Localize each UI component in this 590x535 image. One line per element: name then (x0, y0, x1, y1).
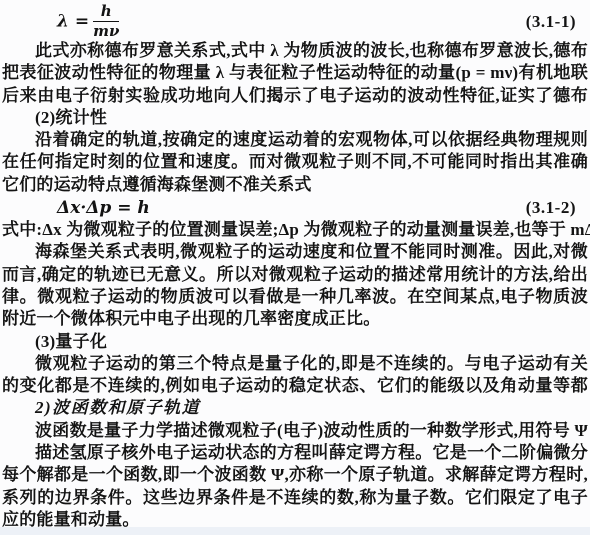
paragraph-line: 式中:Δx 为微观粒子的位置测量误差;Δp 为微观粒子的动量测量误差,也等于 m… (2, 219, 590, 241)
paragraph-line: 后来由电子衍射实验成功地向人们揭示了电子运动的波动性特征,证实了德布罗意的预言。 (2, 85, 590, 107)
page-bottom-edge (0, 527, 590, 535)
paragraph-line: 的变化都是不连续的,例如电子运动的稳定状态、它们的能级以及角动量等都是量子化的。 (2, 375, 590, 397)
paragraph-line: 把表征波动性特征的物理量 λ 与表征粒子性运动特征的动量(p = mν)有机地联… (2, 62, 590, 84)
textbook-page: λ =hmν (3.1-1) 此式亦称德布罗意关系式,式中 λ 为物质波的波长,… (0, 0, 590, 535)
paragraph-line: 每个解都是一个函数,即一个波函数 Ψ,亦称一个原子轨道。求解薛定谔方程时,必须引… (2, 464, 590, 486)
paragraph-line: 微观粒子运动的第三个特点是量子化的,即是不连续的。与电子运动有关的各项物理量 (2, 353, 590, 375)
paragraph-line: 在任何指定时刻的位置和速度。而对微观粒子则不同,不可能同时指出其准确的位置与速率… (2, 151, 590, 173)
section-heading-quantization: (3)量子化 (2, 331, 590, 353)
equation-de-broglie: λ =hmν (3.1-1) (2, 3, 590, 40)
equation-lhs: λ = (57, 11, 89, 31)
paragraph-line: 描述氢原子核外电子运动状态的方程叫薛定谔方程。它是一个二阶偏微分方程,方程的 (2, 442, 590, 464)
paragraph-line: 此式亦称德布罗意关系式,式中 λ 为物质波的波长,也称德布罗意波长,德布罗意关系… (2, 40, 590, 62)
fraction-denominator: mν (93, 22, 119, 40)
paragraph-line: 而言,确定的轨迹已无意义。所以对微观粒子运动的描述常用统计的方法,给出一种统计的… (2, 264, 590, 286)
paragraph-line: 律。微观粒子运动的物质波可以看做是一种几率波。在空间某点,电子物质波的强度与该点 (2, 286, 590, 308)
equation-number-1: (3.1-1) (526, 12, 576, 32)
paragraph-line: 系列的边界条件。这些边界条件是不连续的数,称为量子数。它们限定了电子运动状态和对 (2, 487, 590, 509)
section-heading-wavefunction: 2)波函数和原子轨道 (2, 397, 590, 419)
fraction-numerator: h (93, 3, 119, 22)
equation-fraction: hmν (93, 3, 119, 41)
paragraph-line: 沿着确定的轨道,按确定的速度运动着的宏观物体,可以依据经典物理规则准确地确定其 (2, 129, 590, 151)
paragraph-line: 波函数是量子力学描述微观粒子(电子)波动性质的一种数学形式,用符号 Ψ 表示。 (2, 420, 590, 442)
page-content: λ =hmν (3.1-1) 此式亦称德布罗意关系式,式中 λ 为物质波的波长,… (0, 0, 590, 531)
section-heading-statistical: (2)统计性 (2, 107, 590, 129)
paragraph-line: 它们的运动特点遵循海森堡测不准关系式 (2, 174, 590, 196)
paragraph-line: 附近一个微体积元中电子出现的几率密度成正比。 (2, 308, 590, 330)
equation-de-broglie-expression: λ =hmν (57, 3, 119, 41)
equation-number-2: (3.1-2) (526, 198, 576, 218)
paragraph-line: 海森堡关系式表明,微观粒子的运动速度和位置不能同时测准。因此,对微观粒子的运动 (2, 241, 590, 263)
equation-uncertainty: Δx·Δp = h (3.1-2) (2, 196, 590, 219)
equation-uncertainty-expression: Δx·Δp = h (57, 198, 150, 218)
